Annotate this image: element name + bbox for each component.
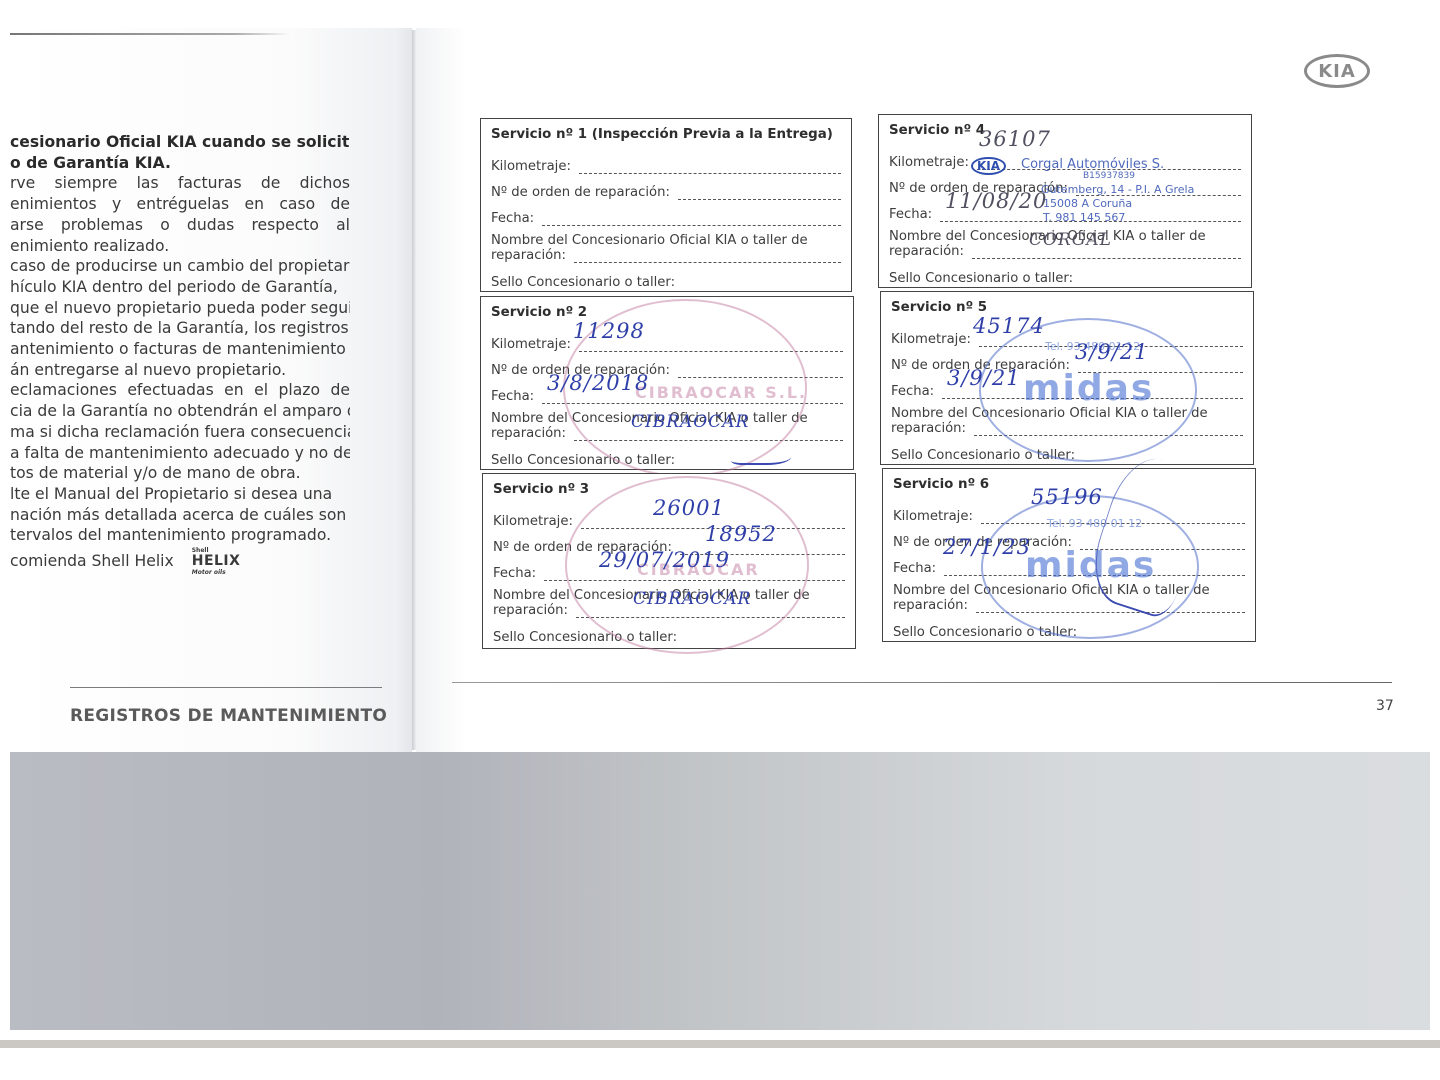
service-title: Servicio nº 1 (Inspección Previa a la En… [491, 127, 841, 142]
seal-label: Sello Concesionario o taller: [493, 630, 677, 645]
left-page: cesionario Oficial KIA cuando se solicit… [10, 28, 412, 752]
recommendation-line: comienda Shell HelixShellHELIXMotor oils [10, 546, 350, 577]
paragraph-line: rve siempre las facturas de dichos [10, 173, 350, 194]
dealer-label-2: reparación: [491, 426, 566, 441]
service-title: Servicio nº 5 [891, 300, 1243, 315]
handwritten-date: 27/1/23 [943, 535, 1031, 559]
handwritten-order: 3/9/21 [1075, 340, 1149, 364]
section-title: REGISTROS DE MANTENIMIENTO [70, 706, 387, 726]
km-field[interactable]: Kilometraje: [891, 321, 1243, 347]
paragraph-line: án entregarse al nuevo propietario. [10, 360, 350, 381]
handwritten-km: 26001 [653, 496, 725, 520]
date-label: Fecha: [889, 207, 932, 222]
dealer-label-2: reparación: [891, 421, 966, 436]
service-title: Servicio nº 3 [493, 482, 845, 497]
order-field[interactable]: Nº de orden de reparación: [889, 170, 1241, 196]
dealer-label-2: reparación: [493, 603, 568, 618]
scan-margin [0, 30, 10, 1030]
order-blank [678, 191, 841, 200]
handwritten-km: 36107 [979, 127, 1051, 151]
date-label: Fecha: [893, 561, 936, 576]
seal-label: Sello Concesionario o taller: [491, 275, 675, 290]
paragraph-line: enimiento realizado. [10, 236, 350, 257]
date-blank [544, 572, 845, 581]
handwritten-date: 29/07/2019 [599, 548, 730, 572]
paragraph-line: tervalos del mantenimiento programado. [10, 525, 350, 546]
km-label: Kilometraje: [491, 159, 571, 174]
paragraph-line: caso de producirse un cambio del propiet… [10, 256, 350, 277]
date-blank [942, 390, 1243, 399]
footer-rule [70, 687, 382, 688]
dealer-blank [576, 609, 845, 618]
paragraph-line: ma si dicha reclamación fuera consecuenc… [10, 422, 350, 443]
order-label: Nº de orden de reparación: [491, 185, 670, 200]
dealer-field[interactable]: Nombre del Concesionario Oficial KIA o t… [893, 576, 1245, 614]
recommendation-text: comienda Shell Helix [10, 552, 174, 570]
date-field[interactable]: Fecha: [491, 200, 841, 226]
dealer-label-2: reparación: [893, 598, 968, 613]
dealer-label: Nombre del Concesionario Oficial KIA o t… [891, 399, 1243, 421]
service-card-3: Servicio nº 3Kilometraje:Nº de orden de … [482, 473, 856, 649]
shell-helix-logo: ShellHELIXMotor oils [192, 546, 241, 577]
dealer-blank [974, 427, 1243, 436]
handwritten-order: 18952 [705, 522, 777, 546]
dealer-field[interactable]: Nombre del Concesionario Oficial KIA o t… [891, 399, 1243, 437]
scanner-background [10, 752, 1430, 1030]
date-blank [940, 213, 1241, 222]
km-label: Kilometraje: [891, 332, 971, 347]
paragraph-line: tos de material y/o de mano de obra. [10, 463, 350, 484]
warranty-instructions: cesionario Oficial KIA cuando se solicit… [10, 132, 350, 577]
seal-label: Sello Concesionario o taller: [491, 453, 675, 468]
seal-label: Sello Concesionario o taller: [893, 625, 1077, 640]
km-blank [579, 165, 841, 174]
handwritten-date: 3/8/2018 [547, 371, 649, 395]
km-blank [977, 161, 1241, 170]
handwritten-date: 11/08/20 [945, 189, 1047, 213]
date-label: Fecha: [891, 384, 934, 399]
km-label: Kilometraje: [889, 155, 969, 170]
dealer-blank [972, 250, 1241, 259]
page-number: 37 [1376, 698, 1394, 714]
service-card-2: Servicio nº 2Kilometraje:Nº de orden de … [480, 296, 854, 470]
date-field[interactable]: Fecha: [891, 373, 1243, 399]
handwritten-km: 45174 [973, 314, 1045, 338]
paragraph-line: hículo KIA dentro del periodo de Garantí… [10, 277, 350, 298]
seal-field[interactable]: Sello Concesionario o taller: [491, 264, 841, 290]
paragraph-line: arse problemas o dudas respecto al [10, 215, 350, 236]
handwritten-dealer: CIBRAOCAR [631, 412, 749, 432]
top-rule [10, 33, 290, 35]
seal-field[interactable]: Sello Concesionario o taller: [889, 260, 1241, 286]
scanned-page: cesionario Oficial KIA cuando se solicit… [0, 0, 1440, 1080]
date-blank [542, 217, 841, 226]
paragraph-line: lte el Manual del Propietario si desea u… [10, 484, 350, 505]
paragraph-line: cia de la Garantía no obtendrán el ampar… [10, 401, 350, 422]
dealer-label-2: reparación: [491, 248, 566, 263]
paragraph-line: antenimiento o facturas de mantenimiento [10, 339, 350, 360]
handwritten-dealer: CORGAL [1029, 230, 1112, 250]
paragraph-line: que el nuevo propietario pueda poder seg… [10, 298, 350, 319]
date-label: Fecha: [493, 566, 536, 581]
seal-field[interactable]: Sello Concesionario o taller: [493, 619, 845, 645]
kia-logo: KIA [1304, 54, 1370, 88]
paragraph-line: enimientos y entréguelas en caso de [10, 194, 350, 215]
km-label: Kilometraje: [893, 509, 973, 524]
date-label: Fecha: [491, 211, 534, 226]
handwritten-km: 55196 [1031, 485, 1103, 509]
dealer-label-2: reparación: [889, 244, 964, 259]
seal-field[interactable]: Sello Concesionario o taller: [893, 614, 1245, 640]
paragraph-line: a falta de mantenimiento adecuado y no d… [10, 443, 350, 464]
footer-rule-right [452, 682, 1392, 683]
dealer-blank [574, 432, 843, 441]
paragraph-line: eclamaciones efectuadas en el plazo de [10, 380, 350, 401]
km-label: Kilometraje: [493, 514, 573, 529]
signature [731, 445, 791, 465]
service-title: Servicio nº 2 [491, 305, 843, 320]
date-label: Fecha: [491, 389, 534, 404]
service-card-1: Servicio nº 1 (Inspección Previa a la En… [480, 118, 852, 292]
km-field[interactable]: Kilometraje: [491, 148, 841, 174]
order-blank [678, 369, 843, 378]
service-title: Servicio nº 4 [889, 123, 1241, 138]
date-field[interactable]: Fecha: [889, 196, 1241, 222]
km-blank [579, 343, 843, 352]
handwritten-km: 11298 [573, 319, 645, 343]
handwritten-dealer: CIBRAOCAR [633, 589, 751, 609]
order-field[interactable]: Nº de orden de reparación: [891, 347, 1243, 373]
seal-label: Sello Concesionario o taller: [891, 448, 1075, 463]
service-card-6: Servicio nº 6Kilometraje:Nº de orden de … [882, 468, 1256, 642]
dealer-blank [976, 604, 1245, 613]
order-field[interactable]: Nº de orden de reparación: [491, 174, 841, 200]
dealer-field[interactable]: Nombre del Concesionario Oficial KIA o t… [491, 226, 841, 264]
order-blank [1078, 364, 1243, 373]
dealer-label: Nombre del Concesionario Oficial KIA o t… [491, 226, 841, 248]
paragraph-line: tando del resto de la Garantía, los regi… [10, 318, 350, 339]
km-field[interactable]: Kilometraje: [491, 326, 843, 352]
date-blank [542, 395, 843, 404]
service-card-5: Servicio nº 5Kilometraje:Nº de orden de … [880, 291, 1254, 465]
handwritten-date: 3/9/21 [947, 366, 1021, 390]
paragraph-line: o de Garantía KIA. [10, 153, 350, 174]
dealer-label: Nombre del Concesionario Oficial KIA o t… [893, 576, 1245, 598]
paragraph-line: nación más detallada acerca de cuáles so… [10, 505, 350, 526]
km-field[interactable]: Kilometraje: [889, 144, 1241, 170]
order-field[interactable]: Nº de orden de reparación: [491, 352, 843, 378]
dealer-blank [574, 254, 841, 263]
seal-field[interactable]: Sello Concesionario o taller: [891, 437, 1243, 463]
seal-label: Sello Concesionario o taller: [889, 271, 1073, 286]
date-field[interactable]: Fecha: [491, 378, 843, 404]
scan-edge [0, 1040, 1440, 1048]
service-card-4: Servicio nº 4Kilometraje:Nº de orden de … [878, 114, 1252, 288]
km-label: Kilometraje: [491, 337, 571, 352]
order-blank [1076, 187, 1241, 196]
paragraph-line: cesionario Oficial KIA cuando se solicit… [10, 132, 350, 153]
